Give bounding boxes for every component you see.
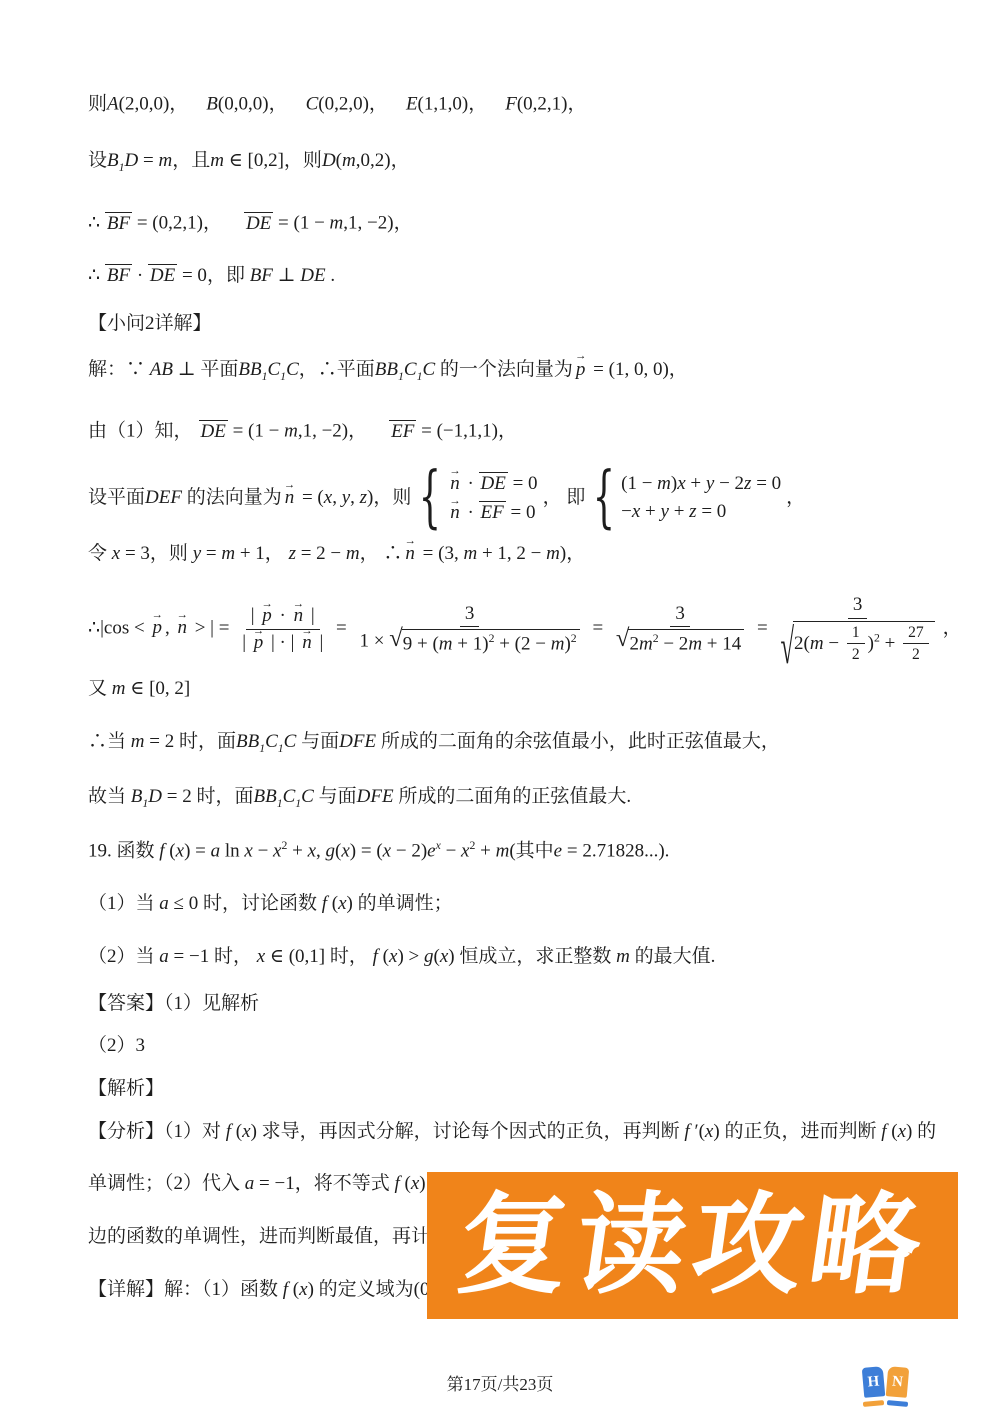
vector-arrow-icon: → bbox=[293, 598, 304, 611]
text-run: BB bbox=[375, 359, 398, 380]
system-rows: (1 − m)x + y − 2z = 0−x + y + z = 0 bbox=[621, 473, 781, 525]
fraction: 3√2m2 − 2m + 14 bbox=[611, 603, 749, 656]
text-run: = 0 bbox=[697, 501, 727, 522]
text-run: y bbox=[193, 543, 201, 564]
text-run: 则 bbox=[88, 94, 107, 115]
text-run: z bbox=[689, 501, 696, 522]
line-13: 故当 B1D = 2 时，面BB1C1C 与面DFE 所成的二面角的正弦值最大. bbox=[88, 784, 970, 812]
text-run: | · | bbox=[266, 632, 299, 653]
text-run: (0,2,1) bbox=[517, 94, 568, 115]
text-run: ∈ [0, 2] bbox=[126, 678, 191, 699]
text-run: m bbox=[496, 841, 510, 862]
text-run: + bbox=[880, 632, 900, 653]
text-run: · bbox=[463, 473, 479, 494]
text-run: ， bbox=[498, 421, 517, 442]
text-run: = (1, 0, 0) bbox=[588, 359, 668, 380]
text-run: = −1 bbox=[169, 946, 209, 967]
text-run: (0,2,0) bbox=[318, 94, 369, 115]
text-run: y bbox=[342, 487, 350, 508]
text-run: · bbox=[132, 265, 148, 286]
radical: √9 + (m + 1)2 + (2 − m)2 bbox=[389, 629, 580, 655]
text-run: 平面 bbox=[200, 359, 238, 380]
text-run: = −1 bbox=[254, 1173, 294, 1194]
text-run: ， bbox=[369, 94, 388, 115]
text-run: = (1 − bbox=[228, 421, 284, 442]
text-run: ∴ bbox=[88, 265, 105, 286]
text-run: B bbox=[107, 150, 119, 171]
text-run: − bbox=[824, 632, 844, 653]
text-run: ， bbox=[566, 543, 585, 564]
text-run: ) > bbox=[397, 946, 424, 967]
denominator: | →p | · | →n | bbox=[237, 630, 328, 654]
line-10: ∴|cos < →p, →n > | = | →p · →n || →p | ·… bbox=[88, 594, 970, 665]
text-run: a bbox=[245, 1173, 255, 1194]
text-run: 与面 bbox=[296, 731, 339, 752]
text-run: , bbox=[165, 617, 175, 638]
text-run: (0,0,0) bbox=[218, 94, 269, 115]
text-run: AB bbox=[150, 359, 173, 380]
text-run: E bbox=[406, 94, 418, 115]
text-run: 2( bbox=[794, 632, 810, 653]
spacer bbox=[222, 203, 244, 229]
numerator: 1 bbox=[847, 624, 865, 645]
text-run: x bbox=[176, 841, 184, 862]
text-run: 的 bbox=[912, 1121, 936, 1142]
text-run: = (1 − bbox=[273, 213, 329, 234]
text-run: ，则 bbox=[373, 487, 411, 508]
text-run: + bbox=[475, 841, 495, 862]
equation-system: {→n · DE = 0→n · EF = 0 bbox=[416, 472, 537, 526]
text-run: m bbox=[657, 473, 671, 494]
text-run: 9 + ( bbox=[403, 634, 439, 655]
promo-banner: 复读攻略 bbox=[427, 1172, 958, 1319]
fraction: 3√2(m − 12)2 + 272 bbox=[775, 594, 939, 665]
text-run: ⊥ bbox=[273, 265, 300, 286]
text-run: 所成的二面角的余弦值最小，此时正弦值最大， bbox=[376, 731, 780, 752]
text-run: x bbox=[338, 893, 346, 914]
text-run: = 3 bbox=[120, 543, 150, 564]
line-15: （1）当 a ≤ 0 时，讨论函数 f (x) 的单调性； bbox=[88, 891, 970, 917]
text-run: , bbox=[350, 487, 360, 508]
vector-arrow-icon: → bbox=[301, 625, 312, 638]
fraction: | →p · →n || →p | · | →n | bbox=[237, 605, 328, 654]
text-run: g bbox=[326, 841, 336, 862]
text-run: BB bbox=[238, 359, 261, 380]
spacer bbox=[388, 84, 406, 110]
text-run: = 0 bbox=[751, 473, 781, 494]
numerator: 3 bbox=[670, 603, 690, 628]
vector-arrow-icon: → bbox=[261, 598, 272, 611]
text-run: x bbox=[411, 1173, 419, 1194]
text-run: + 14 bbox=[702, 634, 741, 655]
text-run: ) = bbox=[184, 841, 211, 862]
text-run: BF bbox=[105, 264, 132, 287]
denominator: √2(m − 12)2 + 272 bbox=[775, 619, 939, 665]
text-run: e bbox=[554, 841, 562, 862]
text-run: | bbox=[315, 632, 324, 653]
text-run: 边的函数的单调性，进而判断最值，再计算 bbox=[88, 1226, 449, 1247]
text-run: ， 即 bbox=[543, 487, 586, 508]
system-brace: { bbox=[593, 471, 615, 525]
text-run: DE bbox=[199, 420, 228, 443]
text-run: ，即 bbox=[207, 265, 250, 286]
text-run: z bbox=[360, 487, 367, 508]
text-run: m bbox=[810, 632, 824, 653]
text-run: − 2 bbox=[714, 473, 744, 494]
text-run: C bbox=[267, 359, 280, 380]
denominator: √2m2 − 2m + 14 bbox=[611, 627, 749, 655]
vector-arrow-icon: → bbox=[177, 608, 188, 623]
text-run: 时， bbox=[209, 946, 257, 967]
fraction: 31 × √9 + (m + 1)2 + (2 − m)2 bbox=[354, 603, 584, 656]
radicand: 2m2 − 2m + 14 bbox=[628, 629, 744, 655]
text-run: 的一个法向量为 bbox=[435, 359, 573, 380]
text-run: + 1 bbox=[235, 543, 265, 564]
text-run: . bbox=[326, 265, 336, 286]
text-run: ( bbox=[231, 1121, 242, 1142]
text-run: = bbox=[138, 150, 158, 171]
radical-sign: √ bbox=[616, 627, 630, 652]
text-run: x bbox=[308, 841, 316, 862]
system-row: →n · DE = 0 bbox=[447, 472, 537, 496]
text-run: （1）当 bbox=[88, 893, 159, 914]
text-run: 【详解】解：（1）函数 bbox=[88, 1279, 283, 1300]
text-run: 设平面 bbox=[88, 487, 145, 508]
text-run: ∴ bbox=[88, 213, 105, 234]
text-run: = 0 bbox=[508, 473, 538, 494]
text-run: EF bbox=[479, 501, 506, 524]
text-run: 设 bbox=[88, 150, 107, 171]
text-run: x bbox=[112, 543, 120, 564]
text-run: − 2 bbox=[659, 634, 689, 655]
radicand: 9 + (m + 1)2 + (2 − m)2 bbox=[402, 629, 580, 655]
text-run: ( bbox=[288, 1279, 299, 1300]
text-run: + bbox=[640, 501, 660, 522]
text-run: DE bbox=[244, 212, 273, 235]
text-run: ( bbox=[400, 1173, 411, 1194]
text-run: DE bbox=[148, 264, 177, 287]
radical: √2m2 − 2m + 14 bbox=[616, 629, 744, 655]
text-run: = (3, bbox=[418, 543, 464, 564]
logo-book-blue: H bbox=[862, 1366, 886, 1398]
text-run: 时， bbox=[325, 946, 373, 967]
text-run: | bbox=[306, 605, 315, 626]
text-run: DE bbox=[479, 472, 508, 495]
text-run: ∈ [0,2] bbox=[224, 150, 284, 171]
text-run: 的定义域为 bbox=[314, 1279, 414, 1300]
text-run: BF bbox=[250, 265, 273, 286]
line-1: 则A(2,0,0)， B(0,0,0)， C(0,2,0)， E(1,1,0)，… bbox=[88, 84, 970, 117]
equation-system: {(1 − m)x + y − 2z = 0−x + y + z = 0 bbox=[590, 473, 781, 525]
text-run: − 2) bbox=[391, 841, 427, 862]
line-4: ∴ BF · DE = 0，即 BF ⊥ DE . bbox=[88, 263, 970, 289]
numerator: 3 bbox=[848, 594, 868, 619]
text-run: 19. 函数 bbox=[88, 841, 159, 862]
page-number: 第17页/共23页 bbox=[0, 1370, 1000, 1395]
text-run: − bbox=[441, 841, 461, 862]
text-run: m bbox=[284, 421, 298, 442]
text-run: ( bbox=[886, 1121, 897, 1142]
text-run: x bbox=[324, 487, 332, 508]
text-run: x bbox=[677, 473, 685, 494]
text-run: = 2 bbox=[162, 786, 192, 807]
text-run: BF bbox=[105, 212, 132, 235]
vector-arrow-icon: → bbox=[449, 495, 460, 509]
hn-logo: H N bbox=[860, 1364, 912, 1410]
text-run: DFE bbox=[339, 731, 376, 752]
denominator: 1 × √9 + (m + 1)2 + (2 − m)2 bbox=[354, 627, 584, 655]
text-run: ∈ (0,1] bbox=[265, 946, 325, 967]
text-run: BB bbox=[253, 786, 276, 807]
text-run: = (0,2,1) bbox=[132, 213, 203, 234]
text-run: ln bbox=[220, 841, 244, 862]
text-run: DE bbox=[300, 265, 325, 286]
text-run: 【小问2详解】 bbox=[88, 313, 212, 334]
text-run: + bbox=[669, 501, 689, 522]
text-run: 其中 bbox=[516, 841, 554, 862]
text-run: 求导，再因式分解，讨论每个因式的正负，再判断 bbox=[257, 1121, 685, 1142]
text-run: 令 bbox=[88, 543, 112, 564]
text-run: ， bbox=[943, 617, 962, 638]
text-run: m bbox=[210, 150, 224, 171]
text-run: 时，讨论函数 bbox=[198, 893, 322, 914]
text-run: m bbox=[439, 634, 453, 655]
numerator: 27 bbox=[903, 624, 929, 645]
promo-banner-text: 复读攻略 bbox=[451, 1191, 934, 1301]
spacer bbox=[487, 84, 505, 110]
text-run: = 0 bbox=[506, 502, 536, 523]
text-run: ，且 bbox=[172, 150, 210, 171]
vector-arrow-icon: → bbox=[284, 478, 295, 493]
text-run: DEF bbox=[145, 487, 182, 508]
vector: →n bbox=[448, 502, 462, 525]
text-run: ≤ 0 bbox=[169, 893, 198, 914]
line-16: （2）当 a = −1 时， x ∈ (0,1] 时， f (x) > g(x)… bbox=[88, 944, 970, 970]
line-7: 由（1）知， DE = (1 − m,1, −2)， EF = (−1,1,1)… bbox=[88, 411, 970, 444]
text-run: , bbox=[316, 841, 326, 862]
text-run: · bbox=[463, 502, 479, 523]
text-run: ，则 bbox=[150, 543, 193, 564]
text-run: ,1, −2) bbox=[298, 421, 348, 442]
text-run: 2 bbox=[852, 646, 860, 663]
text-run: ，则 bbox=[284, 150, 322, 171]
text-run: m bbox=[330, 213, 344, 234]
line-17: 【答案】（1）见解析 bbox=[88, 991, 970, 1017]
line-19: 【解析】 bbox=[88, 1076, 970, 1102]
vector-arrow-icon: → bbox=[152, 608, 163, 623]
text-run: x bbox=[383, 841, 391, 862]
text-run: 1 bbox=[852, 624, 860, 641]
text-run: 3 bbox=[853, 594, 863, 615]
text-run: = (−1,1,1) bbox=[416, 421, 498, 442]
text-run: ， bbox=[203, 213, 222, 234]
denominator: 2 bbox=[847, 644, 865, 664]
text-run: 由（1）知， bbox=[88, 421, 193, 442]
vector: →n bbox=[283, 485, 297, 511]
spacer bbox=[288, 84, 306, 110]
text-run: 【解析】 bbox=[88, 1078, 164, 1099]
text-run: m bbox=[346, 543, 360, 564]
line-12: ∴当 m = 2 时，面BB1C1C 与面DFE 所成的二面角的余弦值最小，此时… bbox=[88, 729, 970, 757]
text-run: ( bbox=[378, 946, 389, 967]
text-run: 解：∵ bbox=[88, 359, 150, 380]
vector: →n bbox=[300, 632, 314, 654]
text-run: ，∴平面 bbox=[299, 359, 375, 380]
numerator: 3 bbox=[460, 603, 480, 628]
vector: →n bbox=[292, 605, 306, 627]
text-run: m bbox=[463, 543, 477, 564]
text-run: (1 − bbox=[621, 473, 657, 494]
text-run: , bbox=[332, 487, 342, 508]
text-run: ， bbox=[265, 543, 289, 564]
text-run: 的法向量为 bbox=[182, 487, 282, 508]
text-run: e bbox=[427, 841, 435, 862]
text-run: y bbox=[661, 501, 669, 522]
text-run: |cos < bbox=[100, 617, 149, 638]
vector: →n bbox=[175, 615, 189, 641]
text-run: m bbox=[221, 543, 235, 564]
text-run: ， bbox=[567, 94, 586, 115]
text-run: F bbox=[505, 94, 517, 115]
denominator: 2 bbox=[907, 644, 925, 664]
text-run: x bbox=[898, 1121, 906, 1142]
radicand: 2(m − 12)2 + 272 bbox=[793, 621, 935, 665]
text-run: x bbox=[341, 841, 349, 862]
text-run: 又 bbox=[88, 678, 112, 699]
vector: →p bbox=[574, 357, 588, 383]
text-run: 2 bbox=[912, 646, 920, 663]
text-run: m bbox=[616, 946, 630, 967]
system-row: −x + y + z = 0 bbox=[621, 501, 781, 524]
vector-arrow-icon: → bbox=[449, 465, 460, 479]
text-run: （2）3 bbox=[88, 1035, 145, 1056]
text-run: 时，面 bbox=[192, 786, 254, 807]
text-run: ， bbox=[786, 487, 805, 508]
text-run: = 2.71828...). bbox=[562, 841, 669, 862]
text-run: + bbox=[686, 473, 706, 494]
text-run: (1,1,0) bbox=[418, 94, 469, 115]
text-run: 的最大值. bbox=[630, 946, 716, 967]
text-run: ， bbox=[669, 359, 688, 380]
logo-book-orange: N bbox=[886, 1366, 910, 1398]
text-run: z bbox=[289, 543, 296, 564]
text-run: x bbox=[440, 946, 448, 967]
text-run: C bbox=[286, 359, 299, 380]
logo-letter-h: H bbox=[867, 1373, 880, 1391]
vector-arrow-icon: → bbox=[253, 625, 264, 638]
text-run: m bbox=[546, 543, 560, 564]
text-run: x bbox=[257, 946, 265, 967]
line-6: 解：∵ AB ⊥ 平面BB1C1C，∴平面BB1C1C 的一个法向量为→p = … bbox=[88, 357, 970, 385]
text-run: m bbox=[639, 634, 653, 655]
text-run: 【答案】（1）见解析 bbox=[88, 993, 259, 1014]
spacer bbox=[188, 84, 206, 110]
text-run: m bbox=[342, 150, 356, 171]
text-run: ， bbox=[169, 94, 188, 115]
text-run: ′( bbox=[690, 1121, 705, 1142]
text-run: ,1, −2) bbox=[343, 213, 393, 234]
logo-letter-n: N bbox=[891, 1373, 903, 1391]
text-run: a bbox=[159, 893, 169, 914]
text-run: BB bbox=[236, 731, 259, 752]
text-run: x bbox=[299, 1279, 307, 1300]
text-run: ， bbox=[394, 213, 413, 234]
text-run: a bbox=[211, 841, 221, 862]
line-2: 设B1D = m，且m ∈ [0,2]，则D(m,0,2)， bbox=[88, 148, 970, 176]
vector-arrow-icon: → bbox=[404, 534, 415, 549]
text-run: C bbox=[283, 786, 296, 807]
text-run: 【分析】（1）对 bbox=[88, 1121, 226, 1142]
text-run: > | = bbox=[190, 617, 234, 638]
fraction: 272 bbox=[903, 624, 929, 665]
text-run: + 1, 2 − bbox=[477, 543, 546, 564]
line-5: 【小问2详解】 bbox=[88, 311, 970, 337]
text-run: x bbox=[242, 1121, 250, 1142]
text-run: ) = ( bbox=[350, 841, 383, 862]
line-11: 又 m ∈ [0, 2] bbox=[88, 676, 970, 702]
text-run: = 2 − bbox=[296, 543, 346, 564]
text-run: A bbox=[107, 94, 119, 115]
text-run: = bbox=[588, 617, 608, 638]
text-run: EF bbox=[389, 420, 416, 443]
system-brace: { bbox=[419, 471, 441, 525]
text-run: ，将不等式 bbox=[295, 1173, 395, 1194]
text-run: 27 bbox=[908, 624, 924, 641]
text-run: 故当 bbox=[88, 786, 131, 807]
fraction: 12 bbox=[847, 624, 865, 665]
radical: √2(m − 12)2 + 272 bbox=[780, 621, 934, 665]
text-run: = bbox=[752, 617, 772, 638]
text-run: − bbox=[253, 841, 273, 862]
text-run: ( bbox=[165, 841, 176, 862]
radical-sign: √ bbox=[389, 627, 403, 652]
text-run: 的单调性； bbox=[353, 893, 453, 914]
text-run: m bbox=[131, 731, 145, 752]
text-run: D bbox=[322, 150, 336, 171]
text-run: = ( bbox=[297, 487, 324, 508]
text-run: ∴ bbox=[88, 617, 100, 638]
text-run: − bbox=[621, 501, 632, 522]
text-run: 2 bbox=[571, 632, 577, 645]
text-run: a bbox=[159, 946, 169, 967]
line-3: ∴ BF = (0,2,1)， DE = (1 − m,1, −2)， bbox=[88, 203, 970, 236]
text-run: m bbox=[158, 150, 172, 171]
text-run: ， bbox=[269, 94, 288, 115]
vector-arrow-icon: → bbox=[575, 349, 586, 364]
spacer bbox=[367, 411, 389, 437]
text-run: 恒成立，求正整数 bbox=[455, 946, 617, 967]
text-run: C bbox=[306, 94, 319, 115]
text-run: ∴当 bbox=[88, 731, 131, 752]
text-run: ,0,2) bbox=[356, 150, 391, 171]
text-run: = bbox=[331, 617, 351, 638]
text-run: 与面 bbox=[314, 786, 357, 807]
logo-underline-left bbox=[863, 1400, 884, 1407]
vector: →p bbox=[150, 615, 164, 641]
text-run: C bbox=[284, 731, 297, 752]
text-run: = 2 bbox=[145, 731, 175, 752]
system-row: (1 − m)x + y − 2z = 0 bbox=[621, 473, 781, 496]
text-run: + 1) bbox=[453, 634, 489, 655]
text-run: B bbox=[206, 94, 218, 115]
text-run: | bbox=[242, 632, 251, 653]
text-run: m bbox=[688, 634, 702, 655]
line-9: 令 x = 3，则 y = m + 1， z = 2 − m， ∴→n = (3… bbox=[88, 541, 970, 567]
text-run: + bbox=[287, 841, 307, 862]
text-run: 3 bbox=[675, 603, 685, 624]
text-run: ⊥ bbox=[173, 359, 200, 380]
text-run: ， bbox=[468, 94, 487, 115]
